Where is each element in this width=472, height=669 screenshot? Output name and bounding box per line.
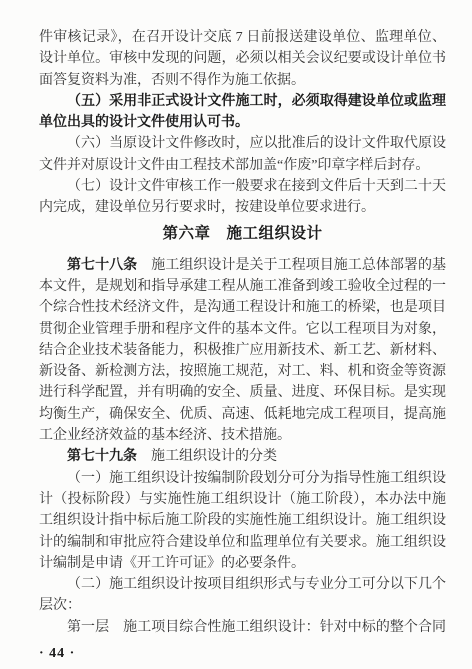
text-body: 件审核记录》，在召开设计交底 7 日前报送建设单位、监理单位、设计单位。审核中发…	[39, 27, 446, 664]
text-line: 新设备、新检测方法，按照施工规范，对工、料、机和资金等资源	[39, 361, 446, 382]
text-line: 结合企业技术装备能力，积极推广应用新技术、新工艺、新材料、	[39, 340, 446, 361]
text-line: （七）设计文件审核工作一般要求在接到文件后十天到二十天	[39, 176, 446, 197]
text-line: 本文件，是规划和指导承建工程从施工准备到竣工验收全过程的一	[39, 276, 446, 297]
text-line: （二）施工组织设计按项目组织形式与专业分工可分以下几个	[39, 574, 446, 595]
text-line: 计（投标阶段）与实施性施工组织设计（施工阶段），本办法中施	[39, 489, 446, 510]
article-number: 第七十八条	[67, 258, 137, 273]
text-line: 单位出具的设计文件使用认可书。	[39, 112, 446, 133]
text-line: 贯彻企业管理手册和程序文件的基本文件。它以工程项目为对象，	[39, 319, 446, 340]
text-line: 第七十八条 施工组织设计是关于工程项目施工总体部署的基	[39, 255, 446, 276]
text-line: 工组织设计指中标后施工阶段的实施性施工组织设计。施工组织设	[39, 510, 446, 531]
text-line: 文件并对原设计文件由工程技术部加盖“作废”印章字样后封存。	[39, 155, 446, 176]
text-line: 内完成，建设单位另行要求时，按建设单位要求进行。	[39, 197, 446, 218]
text-line: 第一层 施工项目综合性施工组织设计：针对中标的整个合同	[39, 617, 446, 638]
text-line: （六）当原设计文件修改时，应以批准后的设计文件取代原设计	[39, 133, 446, 154]
text-line: 层次：	[39, 595, 446, 616]
text-line: 进行科学配置，并有明确的安全、质量、进度、环保目标。是实现	[39, 382, 446, 403]
text-line: （五）采用非正式设计文件施工时，必须取得建设单位或监理	[39, 91, 446, 112]
text-line: 均衡生产，确保安全、优质、高速、低耗地完成工程项目，提高施	[39, 404, 446, 425]
text-line: 计编制是申请《开工许可证》的必要条件。	[39, 553, 446, 574]
text-line: 个综合性技术经济文件，是沟通工程设计和施工的桥梁，也是项目	[39, 297, 446, 318]
document-page: 件审核记录》，在召开设计交底 7 日前报送建设单位、监理单位、设计单位。审核中发…	[0, 0, 472, 669]
chapter-heading: 第六章 施工组织设计	[39, 221, 446, 247]
text-line: 面答复资料为准，否则不得作为施工依据。	[39, 70, 446, 91]
text-line: 工企业经济效益的基本经济、技术措施。	[39, 425, 446, 446]
text-line: 件审核记录》，在召开设计交底 7 日前报送建设单位、监理单位、	[39, 27, 446, 48]
text-line: 计的编制和审批应符合建设单位和监理单位有关要求。施工组织设	[39, 532, 446, 553]
text-line: 第七十九条 施工组织设计的分类	[39, 446, 446, 467]
article-number: 第七十九条	[67, 449, 137, 464]
text-line: （一）施工组织设计按编制阶段划分可分为指导性施工组织设	[39, 468, 446, 489]
text-line: 设计单位。审核中发现的问题，必须以相关会议纪要或设计单位书	[39, 48, 446, 69]
page-number: · 44 ·	[39, 644, 446, 664]
